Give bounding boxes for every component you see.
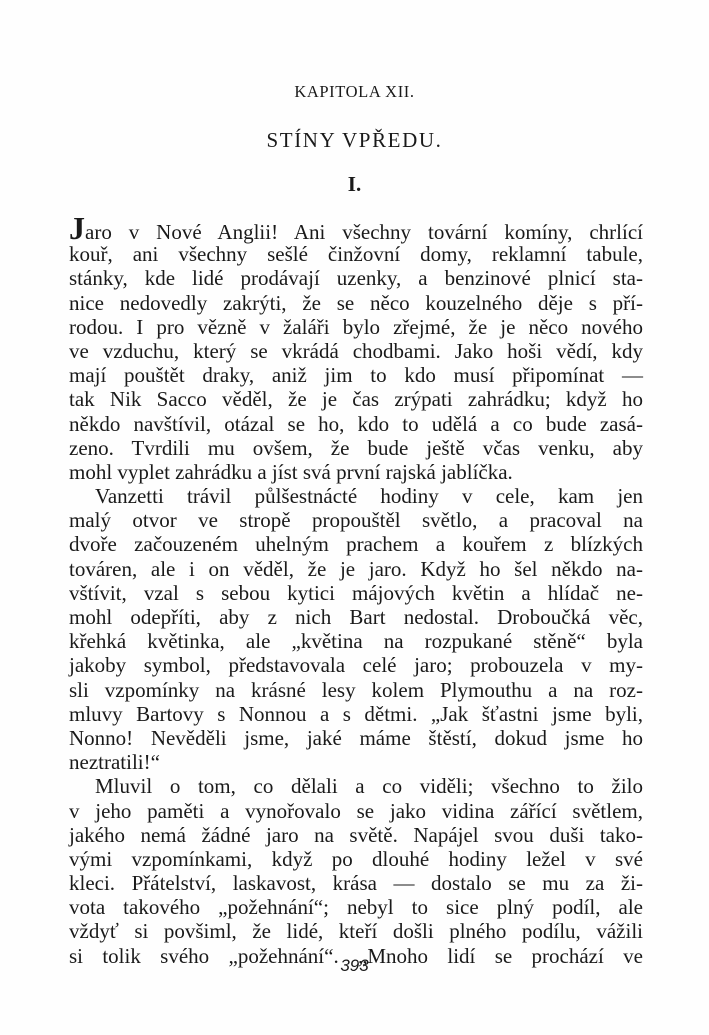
- text-line: malý otvor ve stropě propouštěl světlo, …: [69, 508, 643, 532]
- text-line: Vanzetti trávil půlšestnácté hodiny v ce…: [69, 484, 643, 508]
- page-number: 393: [0, 956, 709, 976]
- text-line: křehká květinka, ale „květina na rozpuka…: [69, 629, 643, 653]
- text-line: Nonno! Nevěděli jsme, jaké máme štěstí, …: [69, 726, 643, 750]
- body-text: Jaro v Nové Anglii! Ani všechny tovární …: [69, 218, 643, 968]
- text-line: jakoby symbol, představovala celé jaro; …: [69, 653, 643, 677]
- text-line: mají pouštět draky, aniž jim to kdo musí…: [69, 363, 643, 387]
- text-line: ve vzduchu, který se vkrádá chodbami. Ja…: [69, 339, 643, 363]
- text-line: stánky, kde lidé prodávají uzenky, a ben…: [69, 266, 643, 290]
- text-line: mohl odepříti, aby z nich Bart nedostal.…: [69, 605, 643, 629]
- text-line: dvoře začouzeném uhelným prachem a kouře…: [69, 532, 643, 556]
- text-line: nice nedovedly zakrýti, že se něco kouze…: [69, 291, 643, 315]
- text-line: sli vzpomínky na krásné lesy kolem Plymo…: [69, 678, 643, 702]
- text-line: vými vzpomínkami, když po dlouhé hodiny …: [69, 847, 643, 871]
- text-line: vota takového „požehnání“; nebyl to sice…: [69, 895, 643, 919]
- text-line: vštívit, vzal s sebou kytici májových kv…: [69, 581, 643, 605]
- text-line: mohl vyplet zahrádku a jíst svá první ra…: [69, 460, 643, 484]
- section-number: I.: [0, 172, 709, 197]
- chapter-title: STÍNY VPŘEDU.: [0, 128, 709, 153]
- chapter-label: KAPITOLA XII.: [0, 82, 709, 102]
- text-line: kouř, ani všechny sešlé činžovní domy, r…: [69, 242, 643, 266]
- drop-cap: J: [69, 210, 85, 246]
- text-line: vždyť si povšiml, že lidé, kteří došli p…: [69, 919, 643, 943]
- text-line: někdo navštívil, otázal se ho, kdo to ud…: [69, 412, 643, 436]
- text-line: neztratili!“: [69, 750, 643, 774]
- text-line: jakého nemá žádné jaro na světě. Napájel…: [69, 823, 643, 847]
- text-line: továren, ale i on věděl, že je jaro. Kdy…: [69, 557, 643, 581]
- text-line: Mluvil o tom, co dělali a co viděli; vše…: [69, 774, 643, 798]
- text-line: zeno. Tvrdili mu ovšem, že bude ještě vč…: [69, 436, 643, 460]
- text-line: mluvy Bartovy s Nonnou a s dětmi. „Jak š…: [69, 702, 643, 726]
- text-line: v jeho paměti a vynořovalo se jako vidin…: [69, 799, 643, 823]
- text-line: rodou. I pro vězně v žaláři bylo zřejmé,…: [69, 315, 643, 339]
- text-line: tak Nik Sacco věděl, že je čas zrýpati z…: [69, 387, 643, 411]
- book-page: KAPITOLA XII. STÍNY VPŘEDU. I. Jaro v No…: [0, 0, 709, 1035]
- text-line: Jaro v Nové Anglii! Ani všechny tovární …: [69, 218, 643, 242]
- text-line: kleci. Přátelství, laskavost, krása — do…: [69, 871, 643, 895]
